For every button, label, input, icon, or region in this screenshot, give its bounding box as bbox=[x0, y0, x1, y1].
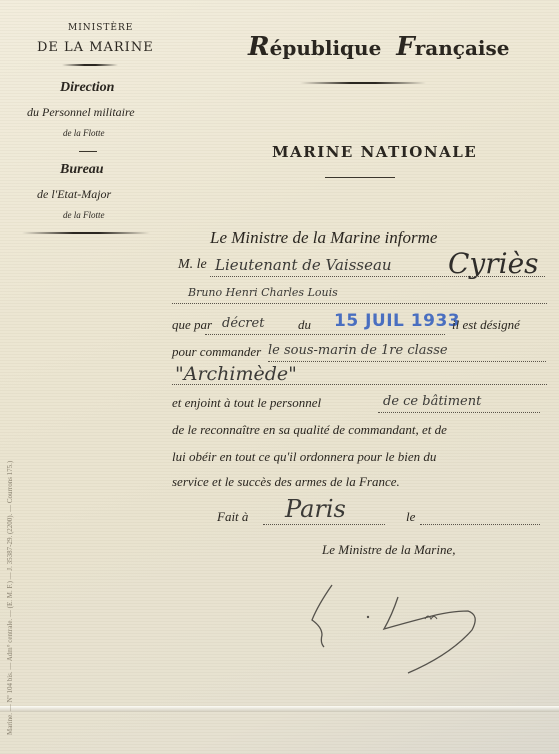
decree-handwritten: décret bbox=[222, 316, 264, 331]
rank-handwritten: Lieutenant de Vaisseau bbox=[215, 256, 392, 274]
direction-line3: de la Flotte bbox=[63, 128, 105, 138]
dotted-line bbox=[172, 303, 547, 304]
body-line9: lui obéir en tout ce qu'il ordonnera pou… bbox=[172, 449, 436, 465]
dotted-line bbox=[268, 361, 546, 362]
initial-r: R bbox=[248, 32, 270, 62]
body-line4-suffix: il est désigné bbox=[452, 317, 520, 333]
vessel-name-handwritten: "Archimède" bbox=[175, 363, 297, 385]
dotted-line bbox=[205, 334, 445, 335]
ornament-divider bbox=[62, 64, 118, 66]
ministry-small-label: MINISTÈRE bbox=[68, 23, 133, 33]
heading-underline bbox=[325, 177, 395, 178]
fait-a-label: Fait à bbox=[217, 509, 248, 525]
paper-fold bbox=[0, 706, 559, 712]
du-label: du bbox=[298, 317, 311, 333]
line7-handwritten: de ce bâtiment bbox=[383, 394, 481, 409]
signature-icon bbox=[300, 575, 500, 685]
bureau-title: Bureau bbox=[60, 162, 104, 178]
body-line8: de le reconnaître en sa qualité de comma… bbox=[172, 422, 447, 438]
ornament-divider-bottom bbox=[22, 232, 150, 234]
short-divider bbox=[79, 151, 97, 152]
republique-word: épublique bbox=[270, 36, 382, 60]
dotted-line bbox=[263, 524, 385, 525]
initial-f: F bbox=[396, 32, 414, 62]
direction-line2: du Personnel militaire bbox=[27, 105, 135, 120]
body-line1: Le Ministre de la Marine informe bbox=[210, 228, 437, 248]
date-stamp: 15 JUIL 1933 bbox=[334, 311, 460, 331]
title-ornament bbox=[300, 82, 426, 84]
signature-title: Le Ministre de la Marine, bbox=[322, 542, 455, 558]
body-line2-prefix: M. le bbox=[178, 257, 207, 273]
body-line7: et enjoint à tout le personnel bbox=[172, 395, 321, 411]
francaise-word: rançaise bbox=[415, 36, 510, 60]
direction-title: Direction bbox=[60, 80, 114, 96]
dotted-line bbox=[172, 384, 547, 385]
body-line5-prefix: pour commander bbox=[172, 344, 261, 360]
ministry-large-label: DE LA MARINE bbox=[37, 40, 154, 55]
republique-francaise-title: République Française bbox=[248, 32, 510, 62]
dotted-line bbox=[210, 276, 545, 277]
given-names-handwritten: Bruno Henri Charles Louis bbox=[188, 286, 338, 299]
printer-imprint: Marine. — Nº 104 bis. — Adm° centrale. —… bbox=[6, 461, 14, 735]
dotted-line bbox=[420, 524, 540, 525]
vessel-type-handwritten: le sous-marin de 1re classe bbox=[268, 343, 448, 358]
dotted-line bbox=[378, 412, 540, 413]
body-line4-prefix: que par bbox=[172, 317, 212, 333]
le-label: le bbox=[406, 509, 415, 525]
body-line10: service et le succès des armes de la Fra… bbox=[172, 474, 400, 490]
bureau-line2: de l'Etat-Major bbox=[37, 187, 111, 202]
place-handwritten: Paris bbox=[285, 495, 346, 523]
marine-nationale-heading: MARINE NATIONALE bbox=[272, 143, 477, 161]
bureau-line3: de la Flotte bbox=[63, 210, 105, 220]
